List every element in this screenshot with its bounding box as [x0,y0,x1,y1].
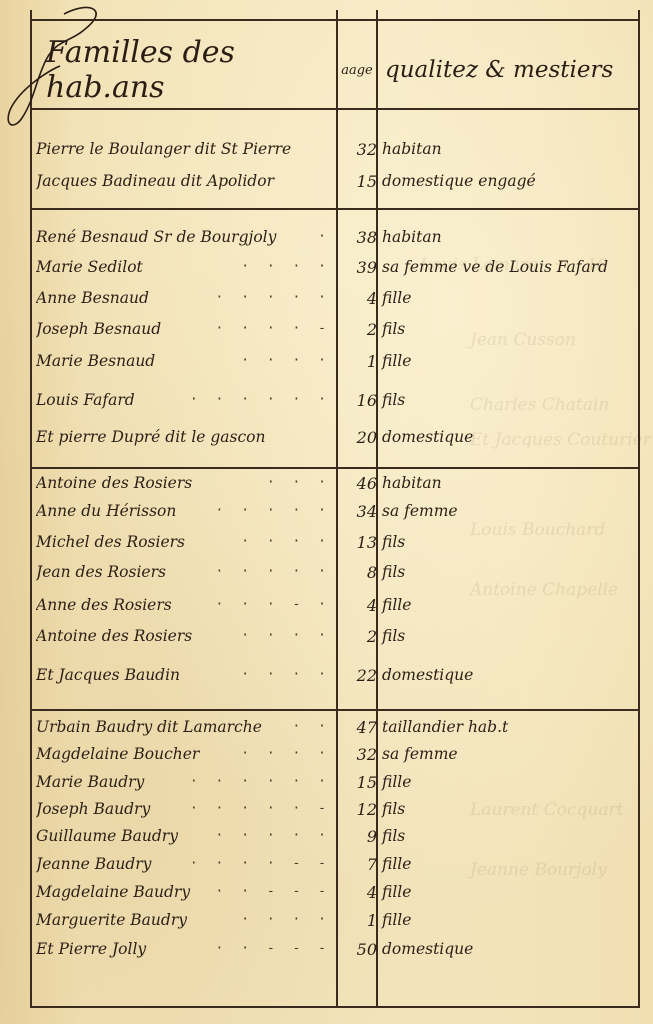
table-row: Marie Besnaud · · · · 1 fille [30,350,639,376]
table-row: Guillaume Baudry · · · · · 9 fils [30,825,639,851]
person-name: Et pierre Dupré dit le gascon [36,428,336,446]
person-quality: taillandier hab.t [382,718,632,736]
leader-dots: · · · · · [216,828,331,843]
person-age: 47 [336,718,377,737]
person-quality: fils [382,563,632,581]
leader-dots: · · · · - - [190,856,331,871]
person-quality: fils [382,320,632,338]
person-quality: sa femme ve de Louis Fafard [382,258,632,276]
person-age: 4 [336,596,377,615]
leader-dots: · · · · · [216,290,331,305]
person-quality: domestique [382,428,632,446]
table-row: Antoine des Rosiers · · · 46 habitan [30,472,639,498]
person-quality: fils [382,533,632,551]
table-row: Pierre le Boulanger dit St Pierre 32 hab… [30,138,639,164]
leader-dots: · · [293,719,331,734]
header-quality: qualitez & mestiers [385,40,635,100]
person-quality: sa femme [382,502,632,520]
person-quality: habitan [382,140,632,158]
person-age: 38 [336,228,377,247]
person-age: 13 [336,533,377,552]
person-quality: fils [382,827,632,845]
leader-dots: · · - - - [216,884,331,899]
leader-dots: · · · · [241,353,331,368]
person-quality: fille [382,289,632,307]
person-age: 39 [336,258,377,277]
table-row: Antoine des Rosiers · · · · 2 fils [30,625,639,651]
person-quality: fils [382,391,632,409]
table-row: Anne Besnaud · · · · · 4 fille [30,287,639,313]
table-row: Joseph Besnaud · · · · - 2 fils [30,318,639,344]
table-bottom-rule [30,1006,640,1008]
table-row: Jeanne Baudry · · · · - - 7 fille [30,853,639,879]
person-age: 4 [336,883,377,902]
header-families-label: Familles des hab.ans [46,35,331,105]
table-row: Marie Sedilot · · · · 39 sa femme ve de … [30,256,639,282]
person-age: 7 [336,855,377,874]
table-row: Magdelaine Baudry · · - - - 4 fille [30,881,639,907]
person-name: Urbain Baudry dit Lamarche [36,718,336,736]
person-quality: fils [382,800,632,818]
leader-dots: · · · · [241,667,331,682]
person-age: 46 [336,474,377,493]
leader-dots: · [318,229,331,244]
leader-dots: · · · · [241,912,331,927]
header-age: aage [338,40,376,100]
person-name: René Besnaud Sr de Bourgjoly [36,228,336,246]
person-age: 12 [336,800,377,819]
person-age: 34 [336,502,377,521]
table-row: Michel des Rosiers · · · · 13 fils [30,531,639,557]
table-row: Et Pierre Jolly · · - - - 50 domestique [30,938,639,964]
table-row: Et Jacques Baudin · · · · 22 domestique [30,664,639,690]
table-row: Jean des Rosiers · · · · · 8 fils [30,561,639,587]
table-row: Anne des Rosiers · · · - · 4 fille [30,594,639,620]
person-quality: habitan [382,228,632,246]
header-quality-label: qualitez & mestiers [385,57,613,83]
person-age: 50 [336,940,377,959]
person-age: 4 [336,289,377,308]
leader-dots: · · · - · [216,597,331,612]
table-row: Urbain Baudry dit Lamarche · · 47 tailla… [30,716,639,742]
person-age: 15 [336,773,377,792]
table-row: Marie Baudry · · · · · · 15 fille [30,771,639,797]
table-row: Et pierre Dupré dit le gascon 20 domesti… [30,426,639,452]
person-quality: habitan [382,474,632,492]
person-quality: fille [382,855,632,873]
group-divider [30,208,640,210]
header-bottom-rule [30,108,640,110]
table-row: Joseph Baudry · · · · · - 12 fils [30,798,639,824]
leader-dots: · · · · · · [190,392,331,407]
leader-dots: · · · · [241,534,331,549]
person-age: 20 [336,428,377,447]
table-row: Magdelaine Boucher · · · · 32 sa femme [30,743,639,769]
leader-dots: · · · · [241,259,331,274]
person-age: 22 [336,666,377,685]
person-age: 8 [336,563,377,582]
group-divider [30,467,640,469]
person-age: 2 [336,627,377,646]
leader-dots: · · · · · · [190,774,331,789]
table-row: René Besnaud Sr de Bourgjoly · 38 habita… [30,226,639,252]
person-quality: fille [382,883,632,901]
leader-dots: · · · · [241,628,331,643]
person-name: Pierre le Boulanger dit St Pierre [36,140,336,158]
table-row: Jacques Badineau dit Apolidor 15 domesti… [30,170,639,196]
person-quality: sa femme [382,745,632,763]
person-quality: fils [382,627,632,645]
person-quality: domestique engagé [382,172,632,190]
person-age: 32 [336,745,377,764]
person-quality: domestique [382,666,632,684]
leader-dots: · · · · - [216,321,331,336]
header-age-label: aage [341,63,373,78]
person-quality: domestique [382,940,632,958]
person-quality: fille [382,596,632,614]
leader-dots: · · · · · - [190,801,331,816]
person-age: 32 [336,140,377,159]
group-divider [30,709,640,711]
person-quality: fille [382,911,632,929]
leader-dots: · · · · · [216,503,331,518]
header-families: Familles des hab.ans [46,40,331,100]
table-top-rule [30,19,640,21]
person-age: 9 [336,827,377,846]
table-row: Anne du Hérisson · · · · · 34 sa femme [30,500,639,526]
table-row: Louis Fafard · · · · · · 16 fils [30,389,639,415]
leader-dots: · · · [267,475,331,490]
person-age: 15 [336,172,377,191]
person-quality: fille [382,352,632,370]
leader-dots: · · · · [241,746,331,761]
person-age: 2 [336,320,377,339]
person-age: 1 [336,911,377,930]
person-age: 1 [336,352,377,371]
person-name: Jacques Badineau dit Apolidor [36,172,336,190]
person-age: 16 [336,391,377,410]
person-quality: fille [382,773,632,791]
leader-dots: · · - - - [216,941,331,956]
leader-dots: · · · · · [216,564,331,579]
table-row: Marguerite Baudry · · · · 1 fille [30,909,639,935]
